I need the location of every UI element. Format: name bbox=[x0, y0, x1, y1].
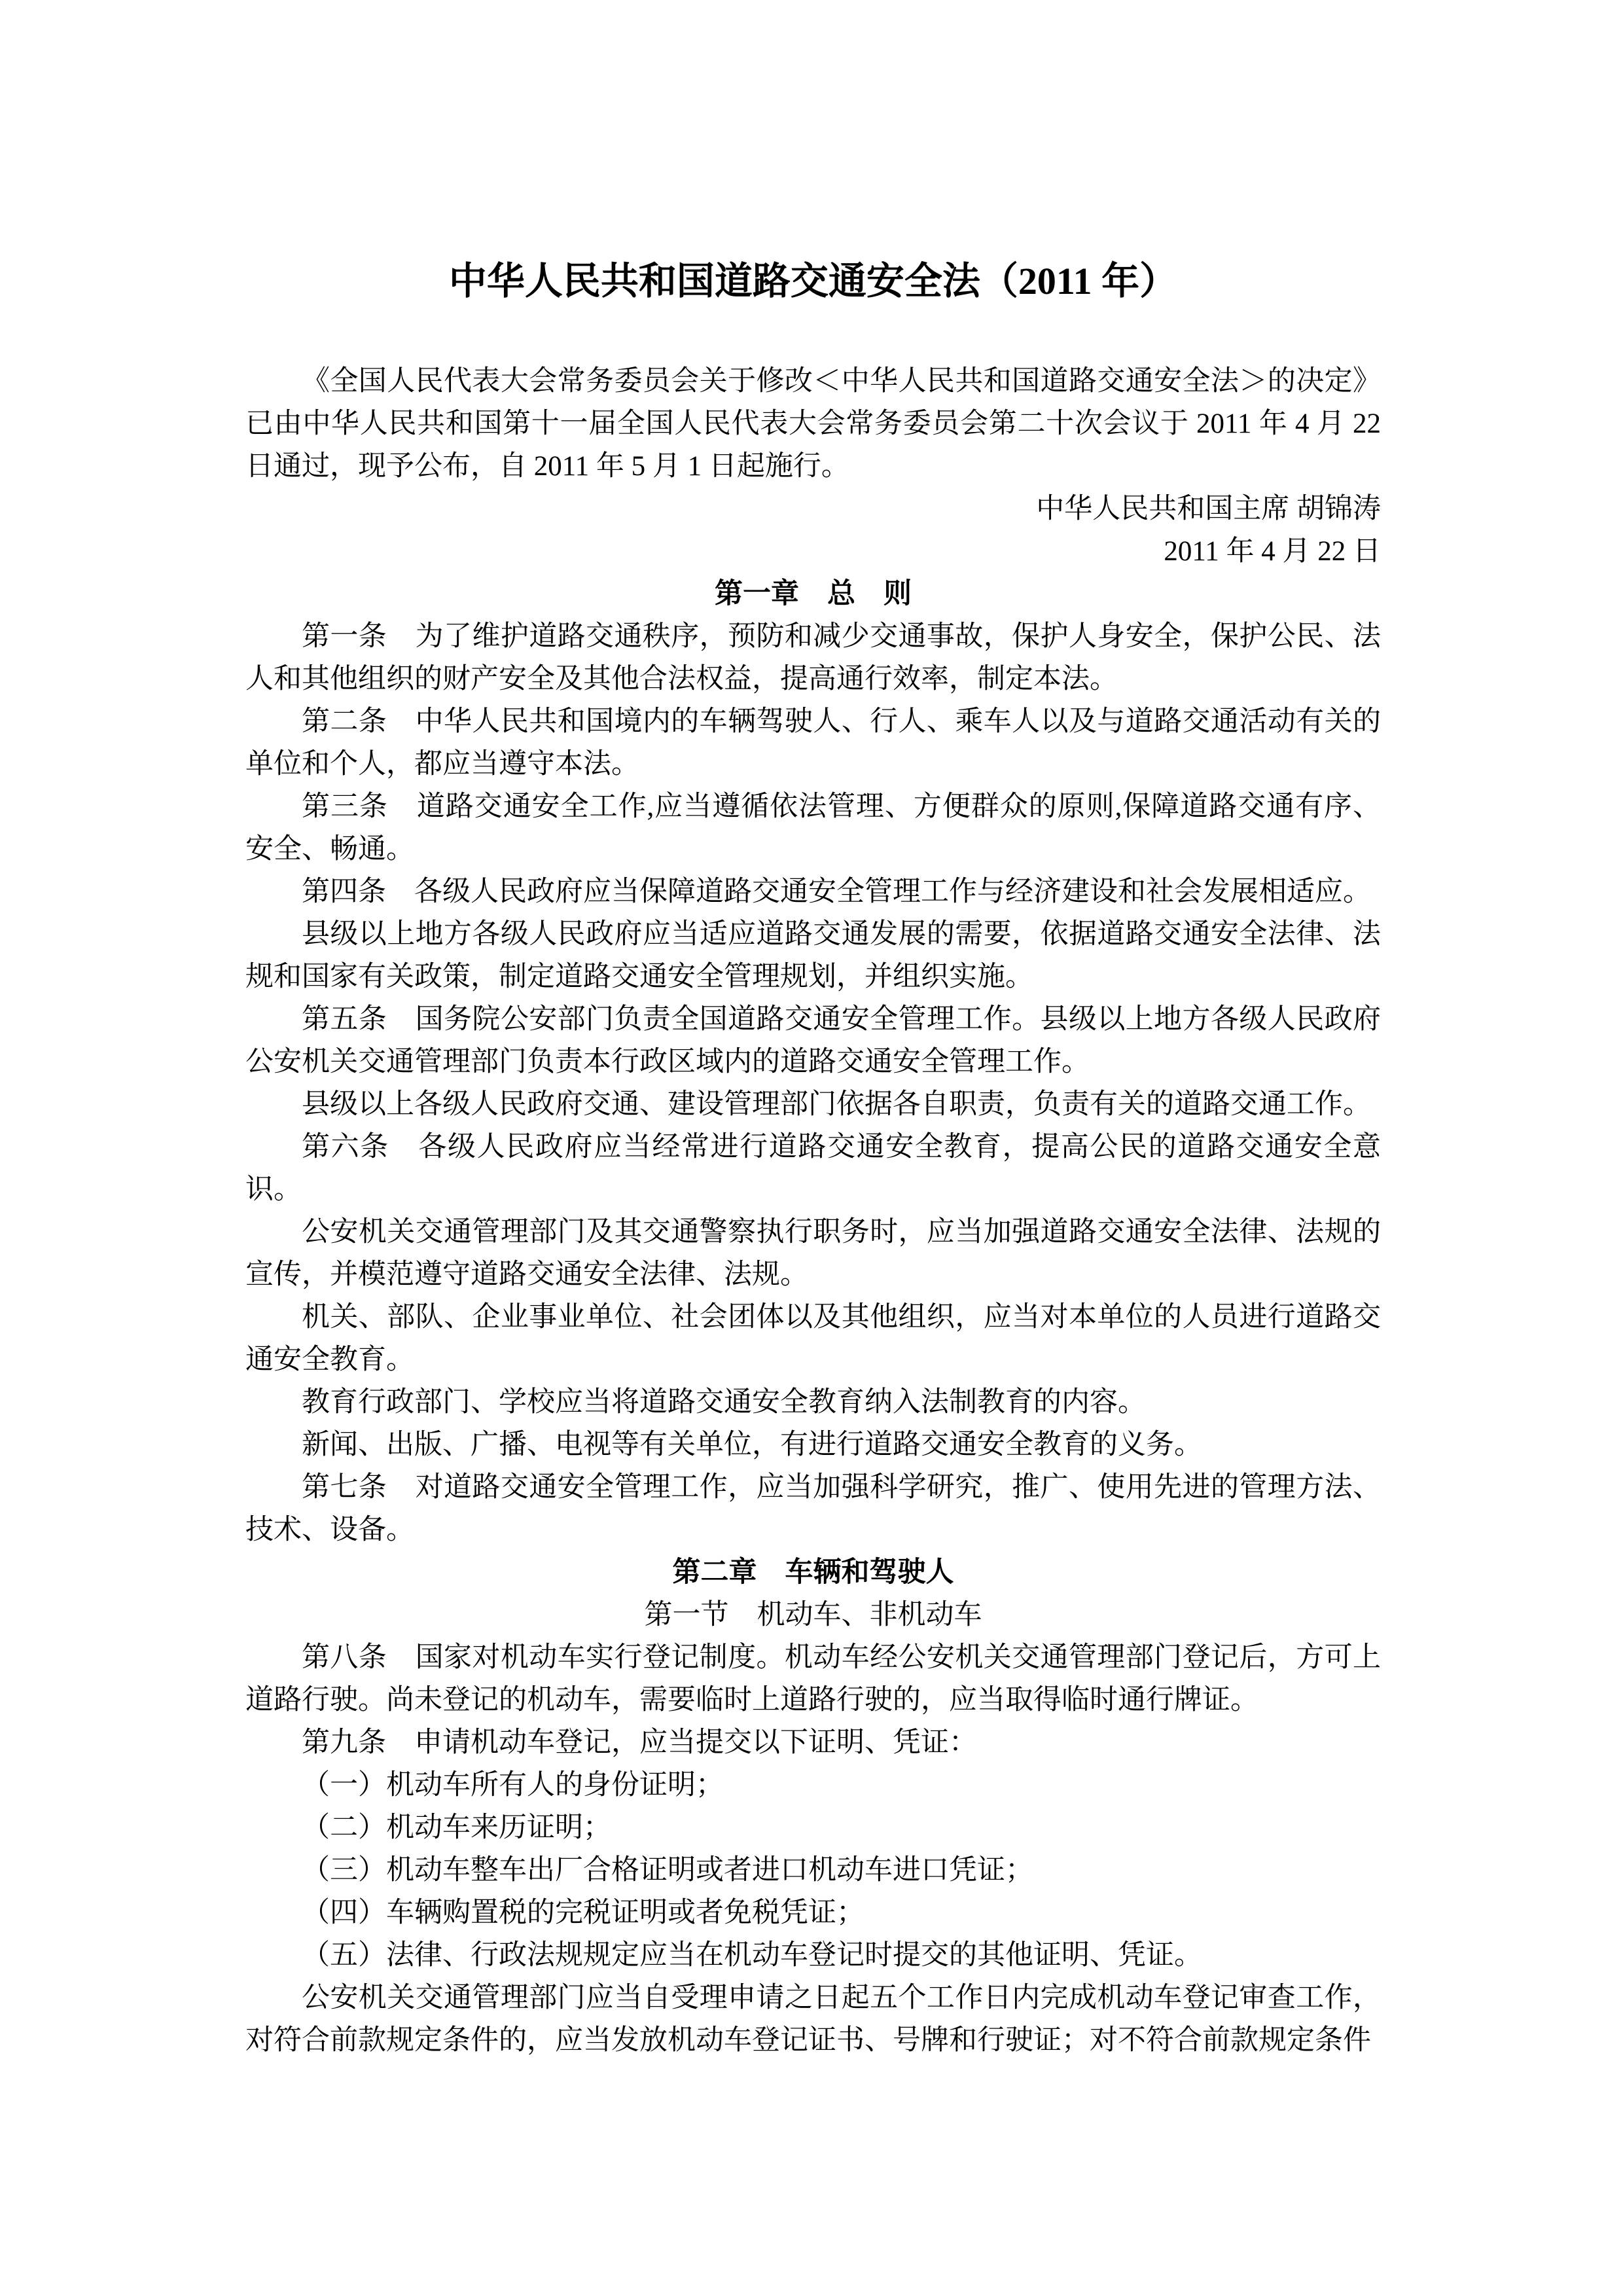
doc-title: 中华人民共和国道路交通安全法（2011 年） bbox=[245, 252, 1381, 311]
preamble: 《全国人民代表大会常务委员会关于修改＜中华人民共和国道路交通安全法＞的决定》已由… bbox=[245, 360, 1381, 488]
article-9-item-1: （一）机动车所有人的身份证明； bbox=[245, 1764, 1381, 1806]
article-5: 第五条 国务院公安部门负责全国道路交通安全管理工作。县级以上地方各级人民政府公安… bbox=[245, 998, 1381, 1083]
article-6-paragraph-3: 机关、部队、企业事业单位、社会团体以及其他组织，应当对本单位的人员进行道路交通安… bbox=[245, 1296, 1381, 1381]
article-9-item-3: （三）机动车整车出厂合格证明或者进口机动车进口凭证； bbox=[245, 1849, 1381, 1892]
article-4: 第四条 各级人民政府应当保障道路交通安全管理工作与经济建设和社会发展相适应。 bbox=[245, 870, 1381, 913]
article-3: 第三条 道路交通安全工作,应当遵循依法管理、方便群众的原则,保障道路交通有序、安… bbox=[245, 785, 1381, 870]
article-6: 第六条 各级人民政府应当经常进行道路交通安全教育，提高公民的道路交通安全意识。 bbox=[245, 1126, 1381, 1211]
article-2: 第二条 中华人民共和国境内的车辆驾驶人、行人、乘车人以及与道路交通活动有关的单位… bbox=[245, 700, 1381, 785]
section-1-heading: 第一节 机动车、非机动车 bbox=[245, 1594, 1381, 1636]
promulgation-date: 2011 年 4 月 22 日 bbox=[245, 530, 1381, 573]
article-6-paragraph-4: 教育行政部门、学校应当将道路交通安全教育纳入法制教育的内容。 bbox=[245, 1381, 1381, 1424]
article-1: 第一条 为了维护道路交通秩序，预防和减少交通事故，保护人身安全，保护公民、法人和… bbox=[245, 615, 1381, 700]
article-4-paragraph-2: 县级以上地方各级人民政府应当适应道路交通发展的需要，依据道路交通安全法律、法规和… bbox=[245, 913, 1381, 998]
president-signature: 中华人民共和国主席 胡锦涛 bbox=[245, 488, 1381, 530]
document-page: 中华人民共和国道路交通安全法（2011 年） 《全国人民代表大会常务委员会关于修… bbox=[0, 0, 1623, 2296]
article-9-item-4: （四）车辆购置税的完税证明或者免税凭证； bbox=[245, 1892, 1381, 1934]
article-8: 第八条 国家对机动车实行登记制度。机动车经公安机关交通管理部门登记后，方可上道路… bbox=[245, 1636, 1381, 1721]
article-9: 第九条 申请机动车登记，应当提交以下证明、凭证： bbox=[245, 1721, 1381, 1764]
article-5-paragraph-2: 县级以上各级人民政府交通、建设管理部门依据各自职责，负责有关的道路交通工作。 bbox=[245, 1083, 1381, 1126]
article-6-paragraph-5: 新闻、出版、广播、电视等有关单位，有进行道路交通安全教育的义务。 bbox=[245, 1424, 1381, 1466]
article-6-paragraph-2: 公安机关交通管理部门及其交通警察执行职务时，应当加强道路交通安全法律、法规的宣传… bbox=[245, 1211, 1381, 1296]
chapter-2-heading: 第二章 车辆和驾驶人 bbox=[245, 1551, 1381, 1594]
document-body: 《全国人民代表大会常务委员会关于修改＜中华人民共和国道路交通安全法＞的决定》已由… bbox=[245, 360, 1381, 2062]
article-7: 第七条 对道路交通安全管理工作，应当加强科学研究，推广、使用先进的管理方法、技术… bbox=[245, 1466, 1381, 1551]
article-9-paragraph-2: 公安机关交通管理部门应当自受理申请之日起五个工作日内完成机动车登记审查工作，对符… bbox=[245, 1977, 1381, 2062]
article-9-item-5: （五）法律、行政法规规定应当在机动车登记时提交的其他证明、凭证。 bbox=[245, 1934, 1381, 1977]
article-9-item-2: （二）机动车来历证明； bbox=[245, 1806, 1381, 1849]
chapter-1-heading: 第一章 总 则 bbox=[245, 573, 1381, 615]
